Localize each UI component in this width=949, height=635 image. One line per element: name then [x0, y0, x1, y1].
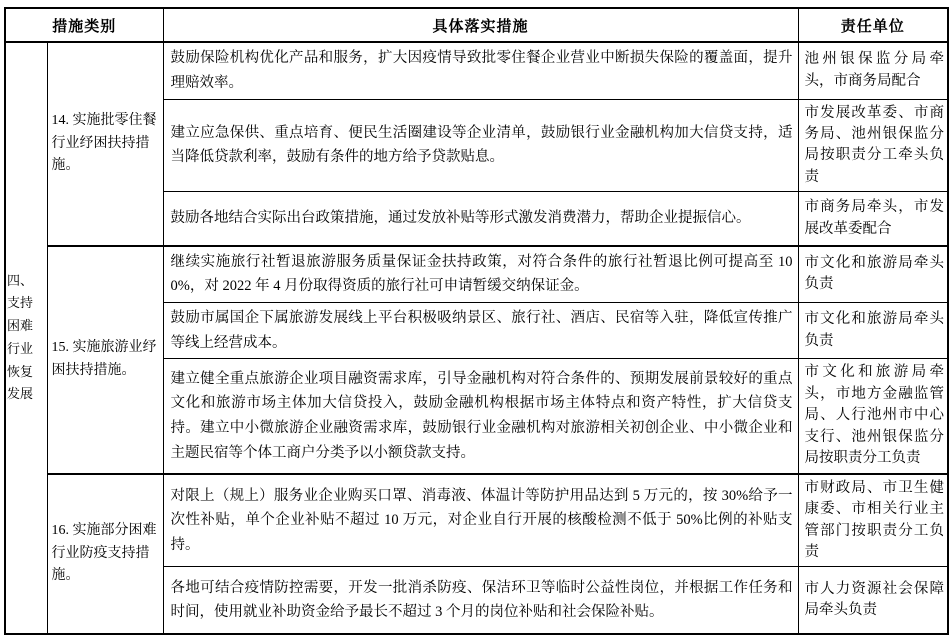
- category-cell-16: 16. 实施部分困难行业防疫支持措施。: [47, 474, 163, 634]
- measure-cell: 各地可结合疫情防控需要，开发一批消杀防疫、保洁环卫等临时公益性岗位，并根据工作任…: [163, 567, 798, 634]
- measure-cell: 鼓励各地结合实际出台政策措施，通过发放补贴等形式激发消费潜力，帮助企业提振信心。: [163, 192, 798, 246]
- unit-cell: 市商务局牵头，市发展改革委配合: [798, 192, 948, 246]
- category-cell-15: 15. 实施旅游业纾困扶持措施。: [47, 246, 163, 474]
- measure-cell: 对限上（规上）服务业企业购买口罩、消毒液、体温计等防护用品达到 5 万元的，按 …: [163, 474, 798, 567]
- measure-cell: 继续实施旅行社暂退旅游服务质量保证金扶持政策，对符合条件的旅行社暂退比例可提高至…: [163, 246, 798, 303]
- measure-cell: 鼓励保险机构优化产品和服务，扩大因疫情导致批零住餐企业营业中断损失保险的覆盖面，…: [163, 42, 798, 99]
- unit-cell: 市文化和旅游局牵头负责: [798, 246, 948, 303]
- measures-table: 措施类别 具体落实措施 责任单位 四、支持困难行业恢复发展 14. 实施批零住餐…: [4, 7, 949, 635]
- header-category: 措施类别: [5, 8, 163, 42]
- table-row: 15. 实施旅游业纾困扶持措施。 继续实施旅行社暂退旅游服务质量保证金扶持政策，…: [5, 246, 948, 303]
- unit-cell: 市人力资源社会保障局牵头负责: [798, 567, 948, 634]
- unit-cell: 市文化和旅游局牵头，市地方金融监管局、人行池州市中心支行、池州银保监分局按职责分…: [798, 359, 948, 474]
- table-row: 四、支持困难行业恢复发展 14. 实施批零住餐行业纾困扶持措施。 鼓励保险机构优…: [5, 42, 948, 99]
- section-cell: 四、支持困难行业恢复发展: [5, 42, 47, 634]
- header-measure: 具体落实措施: [163, 8, 798, 42]
- header-unit: 责任单位: [798, 8, 948, 42]
- measure-cell: 鼓励市属国企下属旅游发展线上平台积极吸纳景区、旅行社、酒店、民宿等入驻，降低宣传…: [163, 303, 798, 359]
- unit-cell: 池州银保监分局牵头，市商务局配合: [798, 42, 948, 99]
- unit-cell: 市财政局、市卫生健康委、市相关行业主管部门按职责分工负责: [798, 474, 948, 567]
- unit-cell: 市文化和旅游局牵头负责: [798, 303, 948, 359]
- unit-cell: 市发展改革委、市商务局、池州银保监分局按职责分工牵头负责: [798, 99, 948, 192]
- measure-cell: 建立健全重点旅游企业项目融资需求库，引导金融机构对符合条件的、预期发展前景较好的…: [163, 359, 798, 474]
- category-cell-14: 14. 实施批零住餐行业纾困扶持措施。: [47, 42, 163, 246]
- policy-document: 措施类别 具体落实措施 责任单位 四、支持困难行业恢复发展 14. 实施批零住餐…: [4, 7, 949, 635]
- measure-cell: 建立应急保供、重点培育、便民生活圈建设等企业清单，鼓励银行业金融机构加大信贷支持…: [163, 99, 798, 192]
- header-row: 措施类别 具体落实措施 责任单位: [5, 8, 948, 42]
- table-row: 16. 实施部分困难行业防疫支持措施。 对限上（规上）服务业企业购买口罩、消毒液…: [5, 474, 948, 567]
